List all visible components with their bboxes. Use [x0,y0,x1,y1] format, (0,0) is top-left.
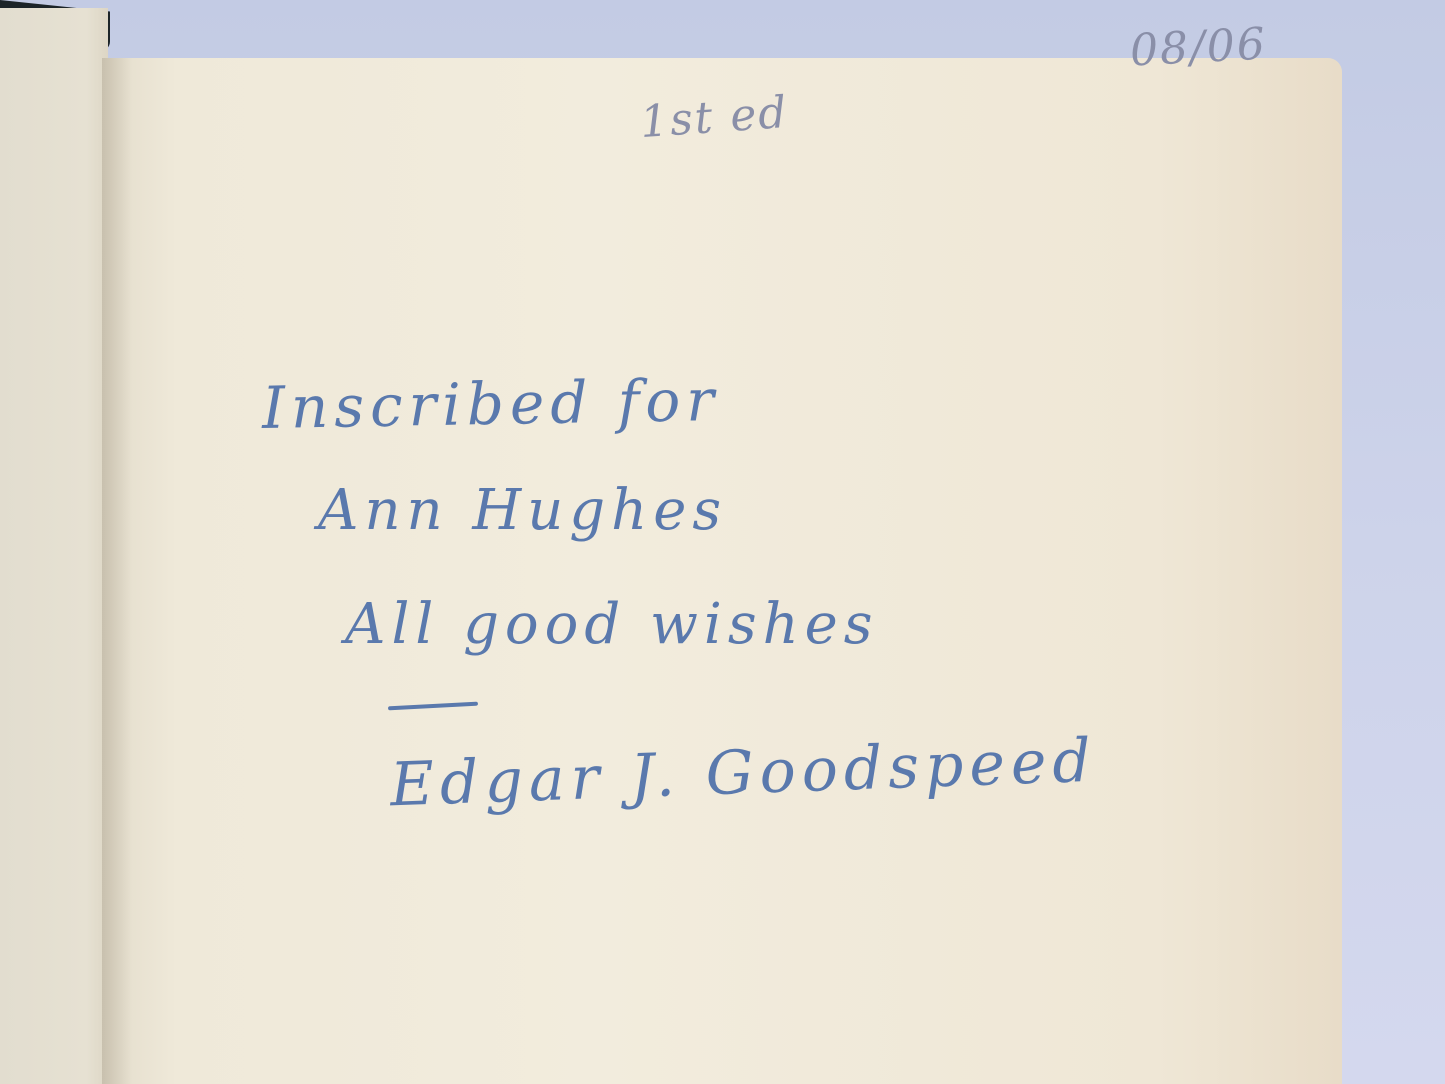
pencil-edition-note: 1st ed [638,87,790,148]
inscription-line-2: Ann Hughes [318,478,727,543]
pencil-code-note: 08/06 [1129,18,1268,76]
inscription-line-3: All good wishes [345,592,879,657]
left-page-edge [0,8,108,1084]
inscription-line-1: Inscribed for [261,366,720,442]
endpaper-page [102,58,1342,1084]
gutter-shadow [102,58,132,1084]
